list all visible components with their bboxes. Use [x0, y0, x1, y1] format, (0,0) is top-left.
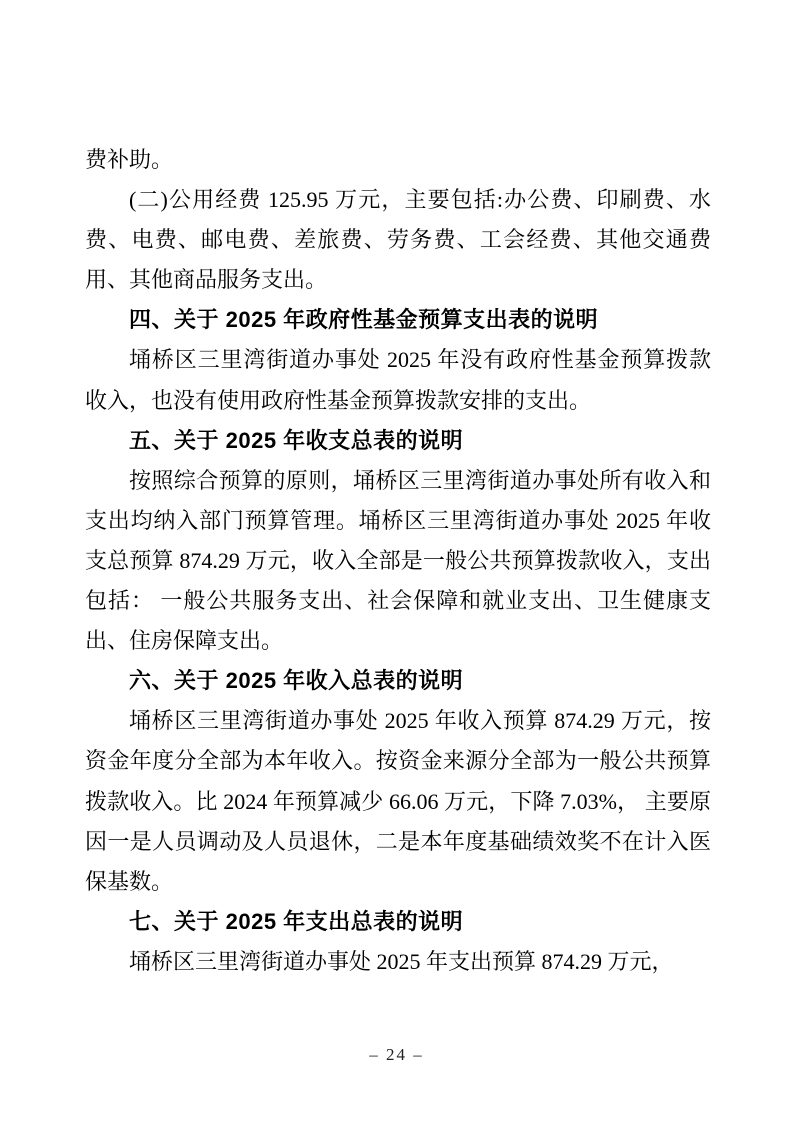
- section-heading: 四、关于 2025 年政府性基金预算支出表的说明: [85, 300, 711, 340]
- body-paragraph: 埇桥区三里湾街道办事处 2025 年没有政府性基金预算拨款收入，也没有使用政府性…: [85, 340, 711, 420]
- document-body: 费补助。(二)公用经费 125.95 万元，主要包括:办公费、印刷费、水费、电费…: [85, 140, 711, 982]
- body-paragraph: 埇桥区三里湾街道办事处 2025 年收入预算 874.29 万元，按资金年度分全…: [85, 701, 711, 901]
- section-heading: 六、关于 2025 年收入总表的说明: [85, 661, 711, 701]
- body-paragraph: 按照综合预算的原则，埇桥区三里湾街道办事处所有收入和支出均纳入部门预算管理。埇桥…: [85, 461, 711, 661]
- body-paragraph: 费补助。: [85, 140, 711, 180]
- page-number: – 24 –: [369, 1045, 424, 1064]
- section-heading: 七、关于 2025 年支出总表的说明: [85, 902, 711, 942]
- document-page: 费补助。(二)公用经费 125.95 万元，主要包括:办公费、印刷费、水费、电费…: [0, 0, 793, 1122]
- section-heading: 五、关于 2025 年收支总表的说明: [85, 421, 711, 461]
- body-paragraph: (二)公用经费 125.95 万元，主要包括:办公费、印刷费、水费、电费、邮电费…: [85, 180, 711, 300]
- body-paragraph: 埇桥区三里湾街道办事处 2025 年支出预算 874.29 万元，: [85, 942, 711, 982]
- page-footer: – 24 –: [0, 1043, 793, 1067]
